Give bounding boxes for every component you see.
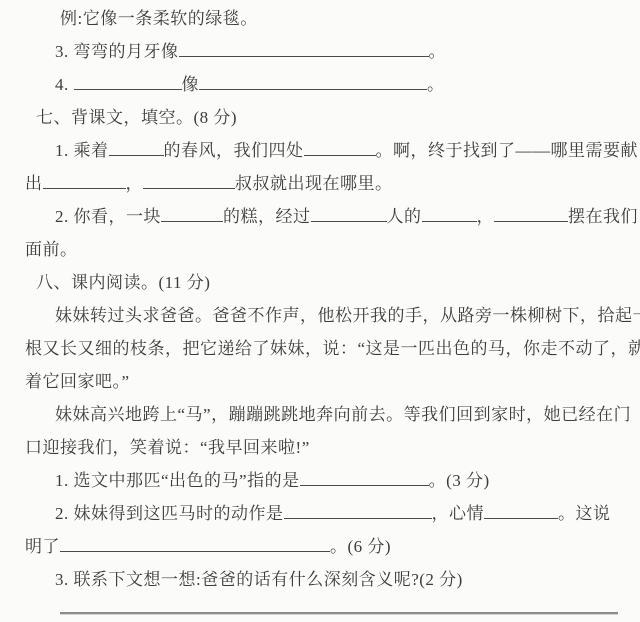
text-segment: 的春风，我们四处 xyxy=(164,141,304,160)
document-body: 例:它像一条柔软的绿毯。3. 弯弯的月牙像。4. 像。七、背课文，填空。(8 分… xyxy=(25,2,630,596)
text-segment: 叔叔就出现在哪里。 xyxy=(235,174,393,193)
text-segment: 。(6 分) xyxy=(330,537,391,556)
fill-in-blank xyxy=(199,76,427,90)
text-segment: 出 xyxy=(25,174,43,193)
text-segment: 八、课内阅读。(11 分) xyxy=(36,273,210,292)
text-segment: 七、背课文，填空。(8 分) xyxy=(36,108,237,127)
text-segment: 根又长又细的枝条，把它递给了妹妹，说：“这是一匹出色的马，你走不动了，就骑 xyxy=(25,339,640,358)
text-segment: 口迎接我们，笑着说：“我早回来啦!” xyxy=(25,438,310,457)
passage-paragraph-1-line-3: 着它回家吧。” xyxy=(25,365,630,398)
text-segment: 。(3 分) xyxy=(429,471,490,490)
section-7-item-2-line-1: 2. 你看，一块的糕，经过人的，摆在我们 xyxy=(25,200,630,233)
reading-question-2-line-1: 2. 妹妹得到这匹马时的动作是，心情。这说 xyxy=(25,497,630,530)
fill-in-blank xyxy=(109,142,164,156)
fill-in-blank xyxy=(304,142,376,156)
text-segment: 。 xyxy=(429,42,447,61)
fill-in-blank xyxy=(60,538,330,552)
text-segment: 着它回家吧。” xyxy=(25,372,130,391)
passage-paragraph-2-line-2: 口迎接我们，笑着说：“我早回来啦!” xyxy=(25,431,630,464)
reading-question-3: 3. 联系下文想一想:爸爸的话有什么深刻含义呢?(2 分) xyxy=(25,563,630,596)
worksheet-page: 例:它像一条柔软的绿毯。3. 弯弯的月牙像。4. 像。七、背课文，填空。(8 分… xyxy=(0,0,640,622)
fill-in-blank xyxy=(311,208,387,222)
fill-in-blank xyxy=(422,208,477,222)
item-4-simile: 4. 像。 xyxy=(25,68,630,101)
text-segment: 面前。 xyxy=(25,240,78,259)
text-segment: 妹妹高兴地跨上“马”，蹦蹦跳跳地奔向前去。等我们回到家时，她已经在门 xyxy=(55,405,631,424)
fill-in-blank xyxy=(179,43,429,57)
text-segment: 摆在我们 xyxy=(568,207,638,226)
text-segment: 明了 xyxy=(25,537,60,556)
text-segment: 妹妹转过头求爸爸。爸爸不作声，他松开我的手，从路旁一株柳树下，拾起一 xyxy=(55,306,640,325)
passage-paragraph-2-line-1: 妹妹高兴地跨上“马”，蹦蹦跳跳地奔向前去。等我们回到家时，她已经在门 xyxy=(25,398,630,431)
fill-in-blank xyxy=(43,175,126,189)
text-segment: ，心情 xyxy=(432,504,485,523)
fill-in-blank xyxy=(161,208,223,222)
text-segment: 4. xyxy=(55,75,74,94)
answer-line xyxy=(60,612,618,614)
text-segment: 1. 选文中那匹“出色的马”指的是 xyxy=(55,471,300,490)
text-segment: 例:它像一条柔软的绿毯。 xyxy=(60,9,258,28)
text-segment: 。啊，终于找到了——哪里需要献 xyxy=(376,141,639,160)
text-segment: 的糕，经过 xyxy=(223,207,311,226)
section-7-header: 七、背课文，填空。(8 分) xyxy=(25,101,630,134)
section-7-item-2-line-2: 面前。 xyxy=(25,233,630,266)
text-segment: 2. 妹妹得到这匹马时的动作是 xyxy=(55,504,284,523)
text-segment: 2. 你看，一块 xyxy=(55,207,161,226)
text-segment: 。 xyxy=(427,75,445,94)
reading-question-2-line-2: 明了。(6 分) xyxy=(25,530,630,563)
fill-in-blank xyxy=(74,76,182,90)
fill-in-blank xyxy=(143,175,235,189)
text-segment: ， xyxy=(126,174,144,193)
text-segment: 。这说 xyxy=(558,504,611,523)
fill-in-blank xyxy=(300,472,429,486)
section-7-item-1-line-1: 1. 乘着的春风，我们四处。啊，终于找到了——哪里需要献 xyxy=(25,134,630,167)
passage-paragraph-1-line-2: 根又长又细的枝条，把它递给了妹妹，说：“这是一匹出色的马，你走不动了，就骑 xyxy=(25,332,630,365)
text-segment: 3. 联系下文想一想:爸爸的话有什么深刻含义呢?(2 分) xyxy=(55,570,463,589)
text-segment: 3. 弯弯的月牙像 xyxy=(55,42,179,61)
section-7-item-1-line-2: 出，叔叔就出现在哪里。 xyxy=(25,167,630,200)
text-segment: 人的 xyxy=(387,207,422,226)
fill-in-blank xyxy=(484,505,558,519)
section-8-header: 八、课内阅读。(11 分) xyxy=(25,266,630,299)
passage-paragraph-1-line-1: 妹妹转过头求爸爸。爸爸不作声，他松开我的手，从路旁一株柳树下，拾起一 xyxy=(25,299,630,332)
reading-question-1: 1. 选文中那匹“出色的马”指的是。(3 分) xyxy=(25,464,630,497)
example-sentence: 例:它像一条柔软的绿毯。 xyxy=(25,2,630,35)
fill-in-blank xyxy=(494,208,568,222)
text-segment: 像 xyxy=(182,75,200,94)
text-segment: 1. 乘着 xyxy=(55,141,109,160)
text-segment: ， xyxy=(477,207,495,226)
item-3-crescent-moon: 3. 弯弯的月牙像。 xyxy=(25,35,630,68)
fill-in-blank xyxy=(284,505,432,519)
